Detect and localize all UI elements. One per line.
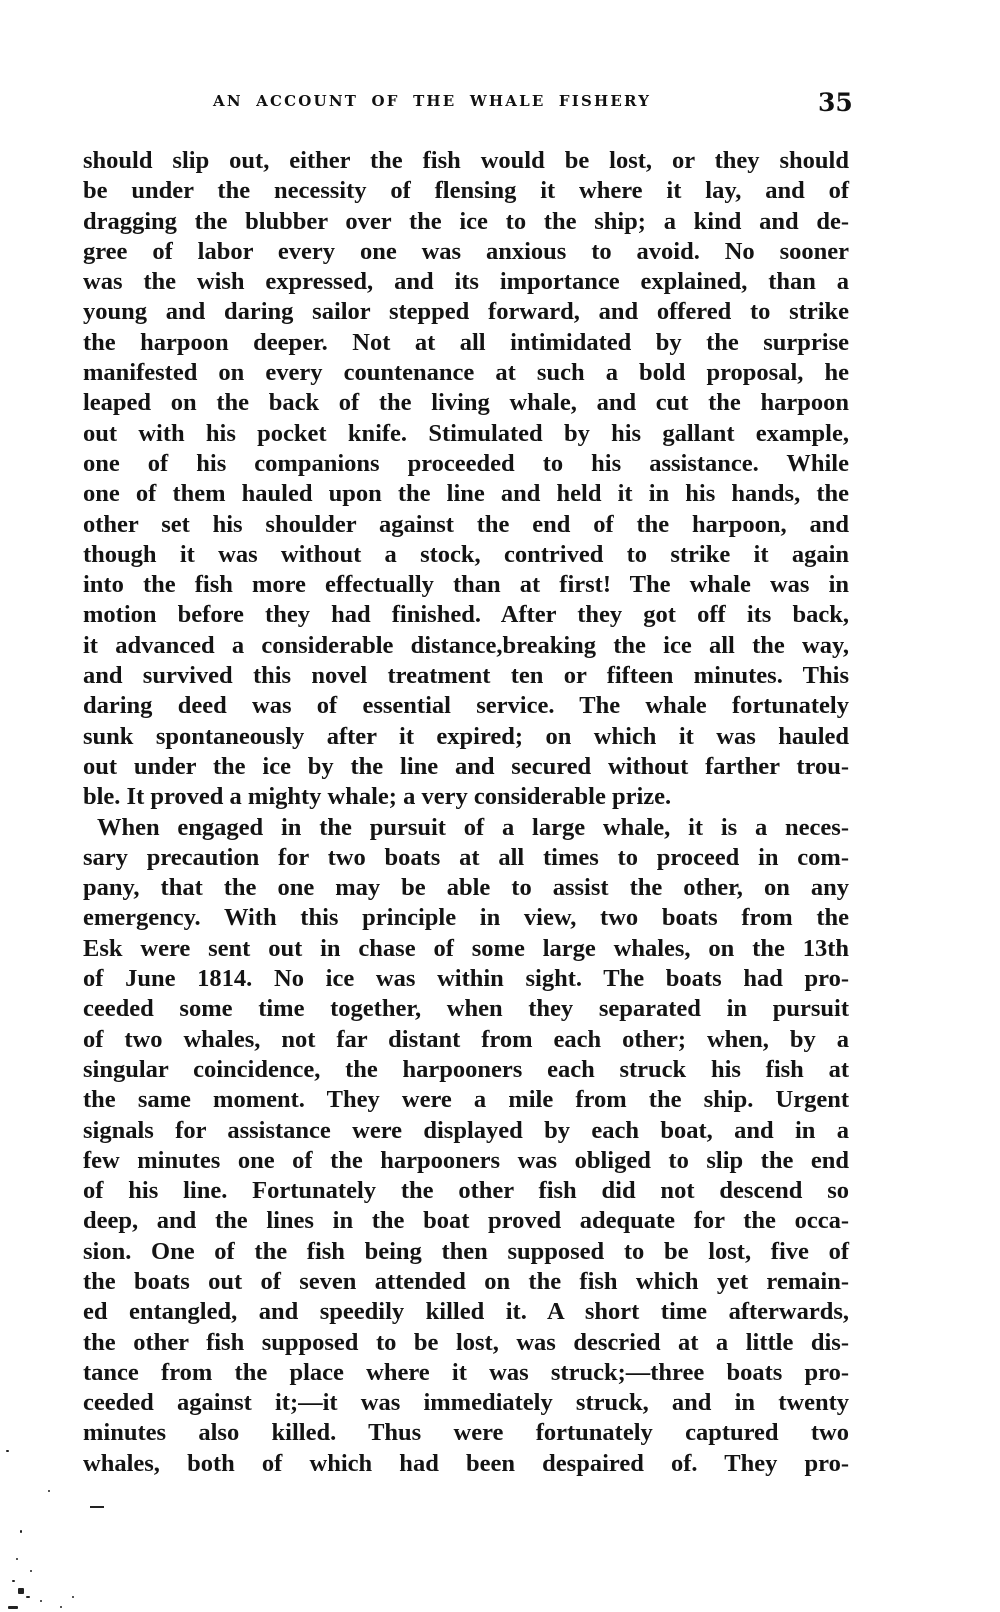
- text-line: gree of labor every one was anxious to a…: [83, 237, 849, 267]
- text-line: ed entangled, and speedily killed it. A …: [83, 1297, 849, 1327]
- text-line: Esk were sent out in chase of some large…: [83, 934, 849, 964]
- text-line: sion. One of the fish being then suppose…: [83, 1237, 849, 1267]
- text-line: one of them hauled upon the line and hel…: [83, 479, 849, 509]
- text-line: of two whales, not far distant from each…: [83, 1025, 849, 1055]
- text-line: deep, and the lines in the boat proved a…: [83, 1206, 849, 1236]
- running-head: AN ACCOUNT OF THE WHALE FISHERY 35: [0, 88, 1000, 118]
- text-line: sunk spontaneously after it expired; on …: [83, 722, 849, 752]
- text-line: of his line. Fortunately the other fish …: [83, 1176, 849, 1206]
- scan-speck: [18, 1588, 24, 1594]
- scan-speck: [40, 1600, 42, 1602]
- book-page: AN ACCOUNT OF THE WHALE FISHERY 35 shoul…: [0, 0, 1000, 1612]
- running-title: AN ACCOUNT OF THE WHALE FISHERY: [213, 92, 651, 110]
- text-line: the same moment. They were a mile from t…: [83, 1085, 849, 1115]
- text-line: signals for assistance were displayed by…: [83, 1116, 849, 1146]
- paragraph-start-line: When engaged in the pursuit of a large w…: [83, 813, 849, 843]
- text-line: ceeded some time together, when they sep…: [83, 994, 849, 1024]
- text-line: singular coincidence, the harpooners eac…: [83, 1055, 849, 1085]
- text-line: young and daring sailor stepped forward,…: [83, 297, 849, 327]
- scan-speck: [26, 1596, 30, 1598]
- text-line: of June 1814. No ice was within sight. T…: [83, 964, 849, 994]
- text-line: whales, both of which had been despaired…: [83, 1449, 849, 1479]
- scan-speck: [16, 1558, 18, 1560]
- text-line: pany, that the one may be able to assist…: [83, 873, 849, 903]
- text-line: should slip out, either the fish would b…: [83, 146, 849, 176]
- scan-speck: [20, 1530, 22, 1533]
- text-line: tance from the place where it was struck…: [83, 1358, 849, 1388]
- scan-speck: [6, 1450, 9, 1452]
- scan-speck: [8, 1606, 18, 1609]
- text-line: the other fish supposed to be lost, was …: [83, 1328, 849, 1358]
- scan-speck: [30, 1570, 32, 1572]
- text-line: minutes also killed. Thus were fortunate…: [83, 1418, 849, 1448]
- text-line: emergency. With this principle in view, …: [83, 903, 849, 933]
- text-line: leaped on the back of the living whale, …: [83, 388, 849, 418]
- text-line: manifested on every countenance at such …: [83, 358, 849, 388]
- text-line: ceeded against it;—it was immediately st…: [83, 1388, 849, 1418]
- text-line: other set his shoulder against the end o…: [83, 510, 849, 540]
- scan-noise: [0, 1410, 120, 1612]
- text-line: and survived this novel treatment ten or…: [83, 661, 849, 691]
- text-line: was the wish expressed, and its importan…: [83, 267, 849, 297]
- body-text: should slip out, either the fish would b…: [83, 146, 849, 1479]
- text-line: out under the ice by the line and secure…: [83, 752, 849, 782]
- text-line: out with his pocket knife. Stimulated by…: [83, 419, 849, 449]
- text-line: it advanced a considerable distance,brea…: [83, 631, 849, 661]
- text-line: dragging the blubber over the ice to the…: [83, 207, 849, 237]
- scan-speck: [72, 1596, 74, 1598]
- text-line: sary precaution for two boats at all tim…: [83, 843, 849, 873]
- text-line: though it was without a stock, contrived…: [83, 540, 849, 570]
- scan-speck: [60, 1606, 62, 1608]
- text-line: be under the necessity of flensing it wh…: [83, 176, 849, 206]
- scan-speck: [48, 1490, 50, 1492]
- paragraph-end-line: ble. It proved a mighty whale; a very co…: [83, 782, 849, 812]
- text-line: daring deed was of essential service. Th…: [83, 691, 849, 721]
- text-line: the boats out of seven attended on the f…: [83, 1267, 849, 1297]
- text-line: few minutes one of the harpooners was ob…: [83, 1146, 849, 1176]
- text-line: one of his companions proceeded to his a…: [83, 449, 849, 479]
- text-line: the harpoon deeper. Not at all intimidat…: [83, 328, 849, 358]
- page-number: 35: [818, 88, 853, 117]
- scan-speck: [12, 1580, 15, 1582]
- text-line: motion before they had finished. After t…: [83, 600, 849, 630]
- text-line: into the fish more effectually than at f…: [83, 570, 849, 600]
